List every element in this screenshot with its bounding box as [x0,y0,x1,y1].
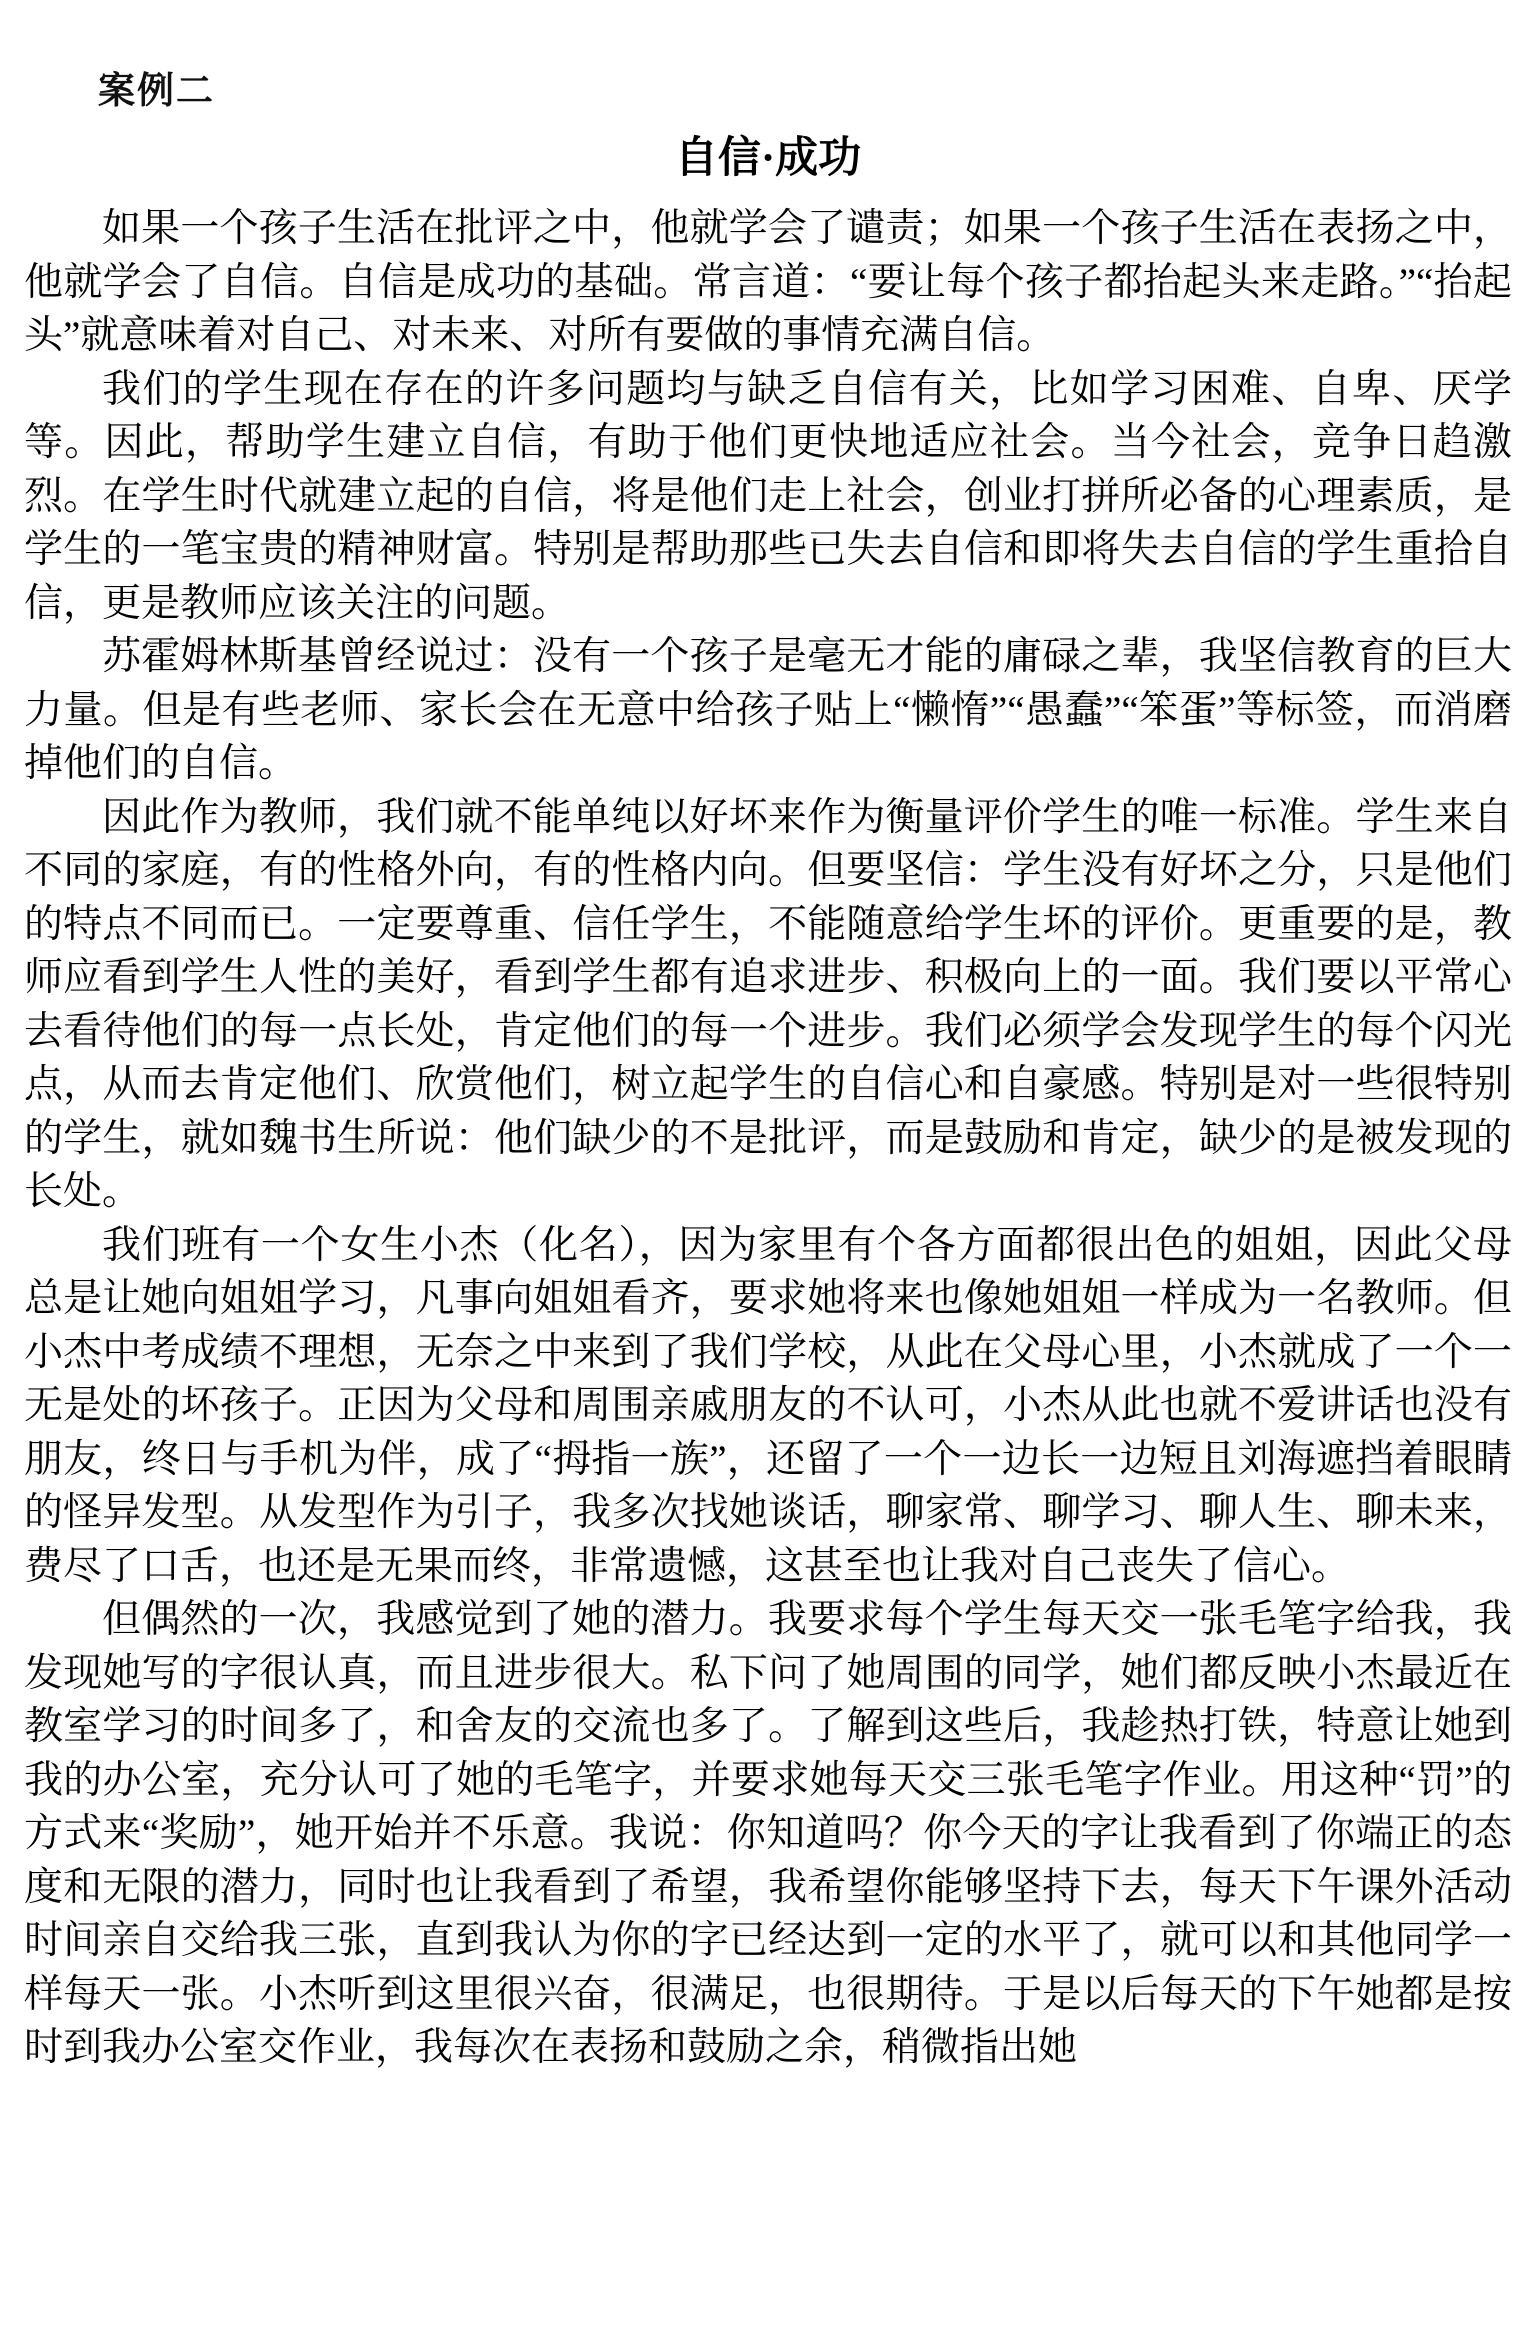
document-body: 如果一个孩子生活在批评之中，他就学会了谴责；如果一个孩子生活在表扬之中，他就学会… [24,202,1512,2075]
paragraph-4: 因此作为教师，我们就不能单纯以好坏来作为衡量评价学生的唯一标准。学生来自不同的家… [24,791,1512,1219]
paragraph-5: 我们班有一个女生小杰（化名），因为家里有个各方面都很出色的姐姐，因此父母总是让她… [24,1219,1512,1594]
document-title: 自信·成功 [0,124,1536,185]
paragraph-2: 我们的学生现在存在的许多问题均与缺乏自信有关，比如学习困难、自卑、厌学等。因此，… [24,363,1512,631]
paragraph-3: 苏霍姆林斯基曾经说过：没有一个孩子是毫无才能的庸碌之辈，我坚信教育的巨大力量。但… [24,630,1512,791]
case-label: 案例二 [98,60,215,114]
document-page: 案例二 自信·成功 如果一个孩子生活在批评之中，他就学会了谴责；如果一个孩子生活… [0,0,1536,2333]
paragraph-1: 如果一个孩子生活在批评之中，他就学会了谴责；如果一个孩子生活在表扬之中，他就学会… [24,202,1512,363]
paragraph-6: 但偶然的一次，我感觉到了她的潜力。我要求每个学生每天交一张毛笔字给我，我发现她写… [24,1593,1512,2075]
